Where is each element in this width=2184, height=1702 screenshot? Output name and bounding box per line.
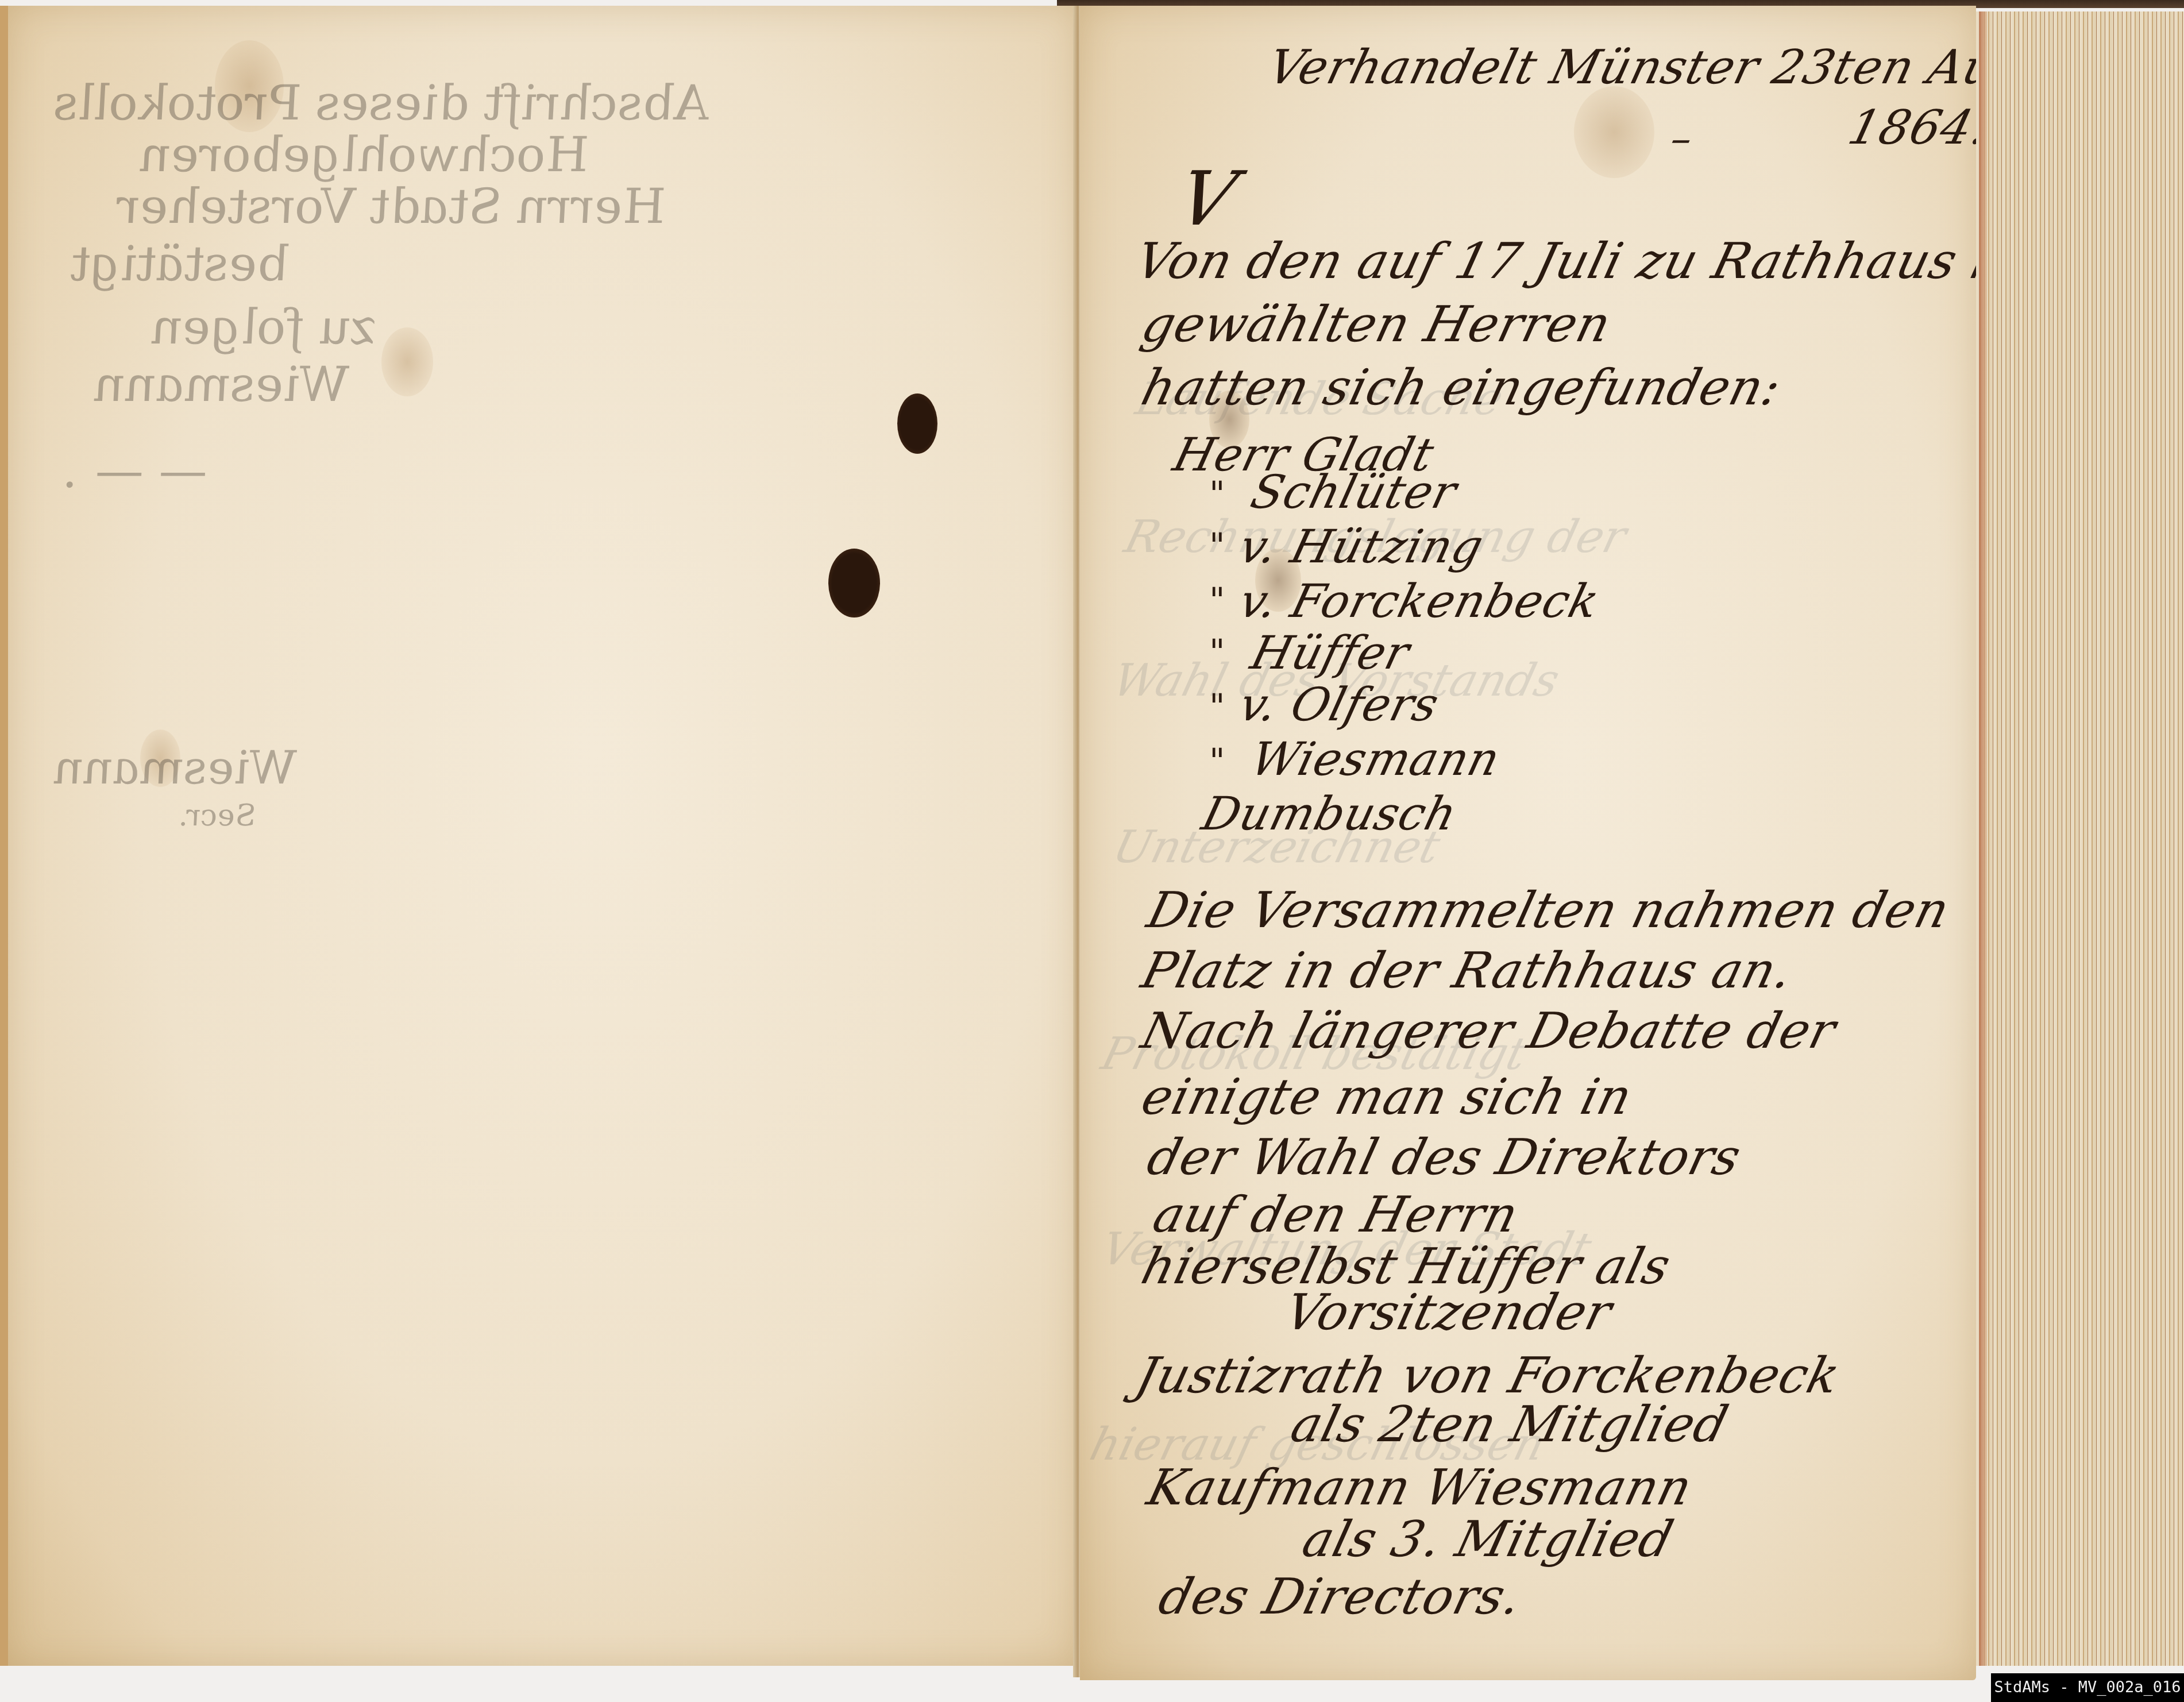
left-page: Abschrift dieses Protokolls Hochwohlgebo… — [0, 6, 1078, 1666]
body-line: gewählten Herren — [1136, 296, 1617, 353]
ditto-mark: " — [1209, 632, 1225, 672]
ditto-mark: " — [1209, 580, 1225, 620]
paragraph-line: einigte man sich in — [1136, 1068, 1638, 1126]
paragraph-line: als 3. Mitglied — [1297, 1511, 1680, 1568]
open-book: Abschrift dieses Protokolls Hochwohlgebo… — [0, 0, 2184, 1702]
ditto-mark: " — [1209, 526, 1225, 566]
foxing-stain — [381, 327, 433, 396]
body-line: hatten sich eingefunden: — [1136, 359, 1788, 416]
red-edge-stain — [1979, 11, 1987, 1666]
attendee-name: Schlüter — [1245, 465, 1462, 519]
attendee-name: v. Forckenbeck — [1234, 574, 1604, 628]
mirrored-line: Herrn Stadt Vorsteher — [110, 178, 672, 234]
paragraph-line: Die Versammelten nahmen den — [1142, 882, 1955, 939]
ditto-mark: " — [1209, 474, 1225, 514]
attendee-name: Dumbusch — [1197, 787, 1463, 840]
right-page: Laufende Sache Rechnungslegung der Wahl … — [1080, 6, 1976, 1680]
initial-letter: V — [1170, 155, 1246, 242]
paragraph-line: Vorsitzender — [1280, 1284, 1618, 1341]
mirrored-line: Abschrift dieses Protokolls — [47, 75, 716, 131]
paragraph-line: als 2ten Mitglied — [1286, 1396, 1734, 1453]
mirrored-signature-note: Secr. — [176, 798, 260, 833]
attendee-name: Hüffer — [1245, 626, 1415, 680]
book-page-edges — [1976, 11, 2184, 1666]
attendee-name: v. Olfers — [1234, 678, 1444, 731]
mirrored-signature: Wiesmann — [47, 741, 303, 794]
foxing-stain — [1574, 86, 1654, 178]
paragraph-line: Kaufmann Wiesmann — [1142, 1459, 1699, 1516]
attendee-name: v. Hützing — [1234, 520, 1489, 573]
attendee-name: Wiesmann — [1245, 732, 1506, 786]
paragraph-line: Nach längerer Debatte der — [1136, 1002, 1842, 1060]
archive-caption: StdAMs - MV_002a_016 — [1991, 1673, 2184, 1702]
mirrored-line: — — . — [59, 442, 215, 499]
mirrored-line: bestätigt — [64, 236, 296, 292]
mirrored-line: zu folgen — [145, 299, 384, 355]
mirrored-line: Hochwohlgeboren — [133, 126, 596, 183]
header-year: 1864. — [1843, 101, 1994, 155]
ditto-mark: " — [1209, 741, 1225, 781]
paragraph-line: des Directors. — [1153, 1568, 1528, 1626]
ink-blot — [828, 549, 880, 617]
ink-blot — [897, 393, 937, 454]
mirrored-line: Wiesmann — [87, 356, 356, 412]
header-dash: – — [1666, 115, 1698, 162]
ditto-mark: " — [1209, 686, 1225, 727]
paragraph-line: auf den Herrn — [1148, 1186, 1525, 1244]
paragraph-line: der Wahl des Direktors — [1142, 1129, 1747, 1186]
paragraph-line: Platz in der Rathhaus an. — [1136, 942, 1799, 999]
